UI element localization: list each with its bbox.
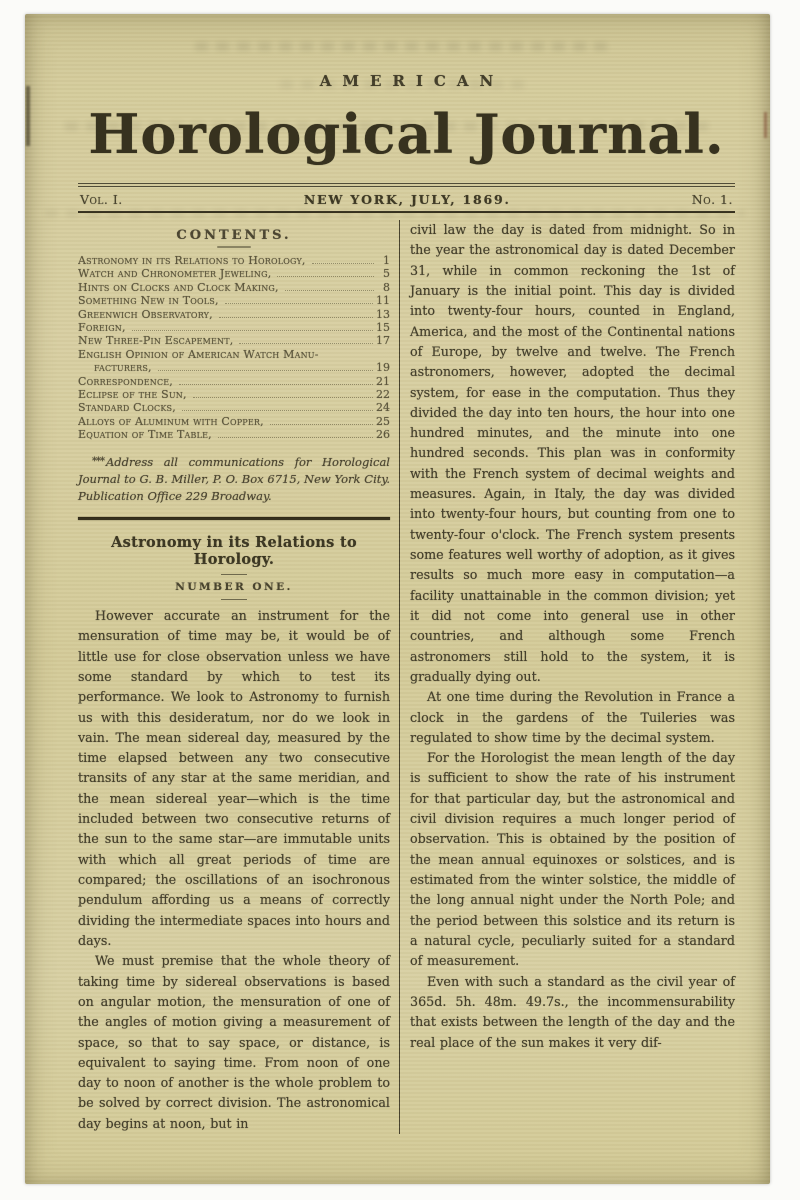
contents-row: Foreign,15 [78, 321, 390, 334]
contents-entry-title: Equation of Time Table, [78, 428, 212, 441]
contents-entry-title: Something New in Tools, [78, 294, 219, 307]
contents-entry-page: 19 [376, 361, 390, 374]
scanned-journal-page: AMERICAN Horological Journal. Vol. I. NE… [0, 0, 800, 1200]
contents-entry-title: Foreign, [78, 321, 126, 334]
contents-leader [182, 410, 373, 411]
heavy-rule [78, 211, 735, 213]
contents-row: New Three-Pin Escapement,17 [78, 334, 390, 347]
contents-leader [158, 370, 373, 371]
contents-entry-title: Standard Clocks, [78, 401, 176, 414]
paragraph: For the Horologist the mean length of th… [410, 748, 735, 971]
paragraph: We must premise that the whole theory of… [78, 951, 390, 1134]
contents-entry-title: Eclipse of the Sun, [78, 388, 187, 401]
issue-number: No. 1. [692, 192, 733, 207]
journal-title: Horological Journal. [78, 102, 735, 166]
article-title: Astronomy in its Relations to Horology. [78, 534, 390, 568]
right-column: civil law the day is dated from midnight… [400, 220, 735, 1134]
contents-row: Equation of Time Table,26 [78, 428, 390, 441]
right-column-body: civil law the day is dated from midnight… [410, 220, 735, 1053]
contents-entry-page: 5 [377, 267, 390, 280]
contents-leader [193, 397, 373, 398]
contents-entry-title: Hints on Clocks and Clock Making, [78, 281, 279, 294]
contents-leader [277, 276, 374, 277]
communications-note: ***Address all communications for Horolo… [78, 454, 390, 506]
contents-entry-title: English Opinion of American Watch Manu- [78, 348, 319, 361]
contents-entry-title: Greenwich Observatory, [78, 308, 213, 321]
contents-leader [285, 290, 374, 291]
contents-entry-title: Watch and Chronometer Jeweling, [78, 267, 271, 280]
contents-ornament-rule [217, 246, 251, 248]
contents-row: Correspondence,21 [78, 375, 390, 388]
contents-entry-title: Astronomy in its Relations to Horology, [78, 254, 306, 267]
contents-row: English Opinion of American Watch Manu- [78, 348, 390, 361]
contents-leader [219, 317, 373, 318]
contents-entry-title: New Three-Pin Escapement, [78, 334, 233, 347]
contents-entry-page: 8 [377, 281, 390, 294]
contents-row: Watch and Chronometer Jeweling,5 [78, 267, 390, 280]
masthead-kicker: AMERICAN [78, 72, 735, 90]
contents-row: Alloys of Aluminum with Copper,25 [78, 415, 390, 428]
contents-row: Astronomy in its Relations to Horology,1 [78, 254, 390, 267]
contents-row: Greenwich Observatory,13 [78, 308, 390, 321]
left-column-body: However accurate an instrument for the m… [78, 606, 390, 1134]
contents-row: facturers,19 [78, 361, 390, 374]
contents-entry-page: 11 [376, 294, 390, 307]
contents-row: Something New in Tools,11 [78, 294, 390, 307]
contents-list: Astronomy in its Relations to Horology,1… [78, 254, 390, 442]
contents-leader [218, 437, 373, 438]
contents-heading: CONTENTS. [78, 228, 390, 243]
contents-entry-title: Alloys of Aluminum with Copper, [78, 415, 264, 428]
contents-entry-page: 13 [376, 308, 390, 321]
volume-label: Vol. I. [80, 192, 123, 207]
dateline-row: Vol. I. NEW YORK, JULY, 1869. No. 1. [78, 187, 735, 211]
scan-artifact [764, 112, 767, 138]
paragraph: Even with such a standard as the civil y… [410, 972, 735, 1053]
title-rule [221, 574, 247, 575]
page: AMERICAN Horological Journal. Vol. I. NE… [25, 14, 770, 1184]
communications-note-text: Address all communications for Horologic… [78, 455, 390, 504]
contents-entry-page: 24 [376, 401, 390, 414]
contents-entry-page: 26 [376, 428, 390, 441]
two-column-layout: CONTENTS. Astronomy in its Relations to … [78, 220, 735, 1134]
bleed-through-line [195, 42, 615, 51]
contents-row: Standard Clocks,24 [78, 401, 390, 414]
contents-entry-title: facturers, [94, 361, 152, 374]
contents-leader [312, 263, 374, 264]
contents-row: Eclipse of the Sun,22 [78, 388, 390, 401]
dateline: NEW YORK, JULY, 1869. [304, 192, 511, 207]
asterism-mark: *** [92, 456, 104, 467]
contents-leader [179, 384, 373, 385]
subtitle-rule [221, 599, 247, 600]
contents-leader [270, 424, 373, 425]
contents-entry-page: 1 [377, 254, 390, 267]
left-column: CONTENTS. Astronomy in its Relations to … [78, 220, 400, 1134]
scan-artifact [26, 86, 30, 146]
contents-entry-page: 21 [376, 375, 390, 388]
contents-entry-title: Correspondence, [78, 375, 173, 388]
contents-row: Hints on Clocks and Clock Making,8 [78, 281, 390, 294]
contents-leader [225, 303, 373, 304]
contents-entry-page: 22 [376, 388, 390, 401]
paragraph: At one time during the Revolution in Fra… [410, 687, 735, 748]
paragraph: However accurate an instrument for the m… [78, 606, 390, 951]
paragraph: civil law the day is dated from midnight… [410, 220, 735, 687]
contents-leader [239, 343, 373, 344]
contents-entry-page: 15 [376, 321, 390, 334]
section-rule [78, 517, 390, 520]
contents-leader [132, 330, 373, 331]
contents-entry-page: 25 [376, 415, 390, 428]
article-subtitle: NUMBER ONE. [78, 581, 390, 593]
contents-entry-page: 17 [376, 334, 390, 347]
